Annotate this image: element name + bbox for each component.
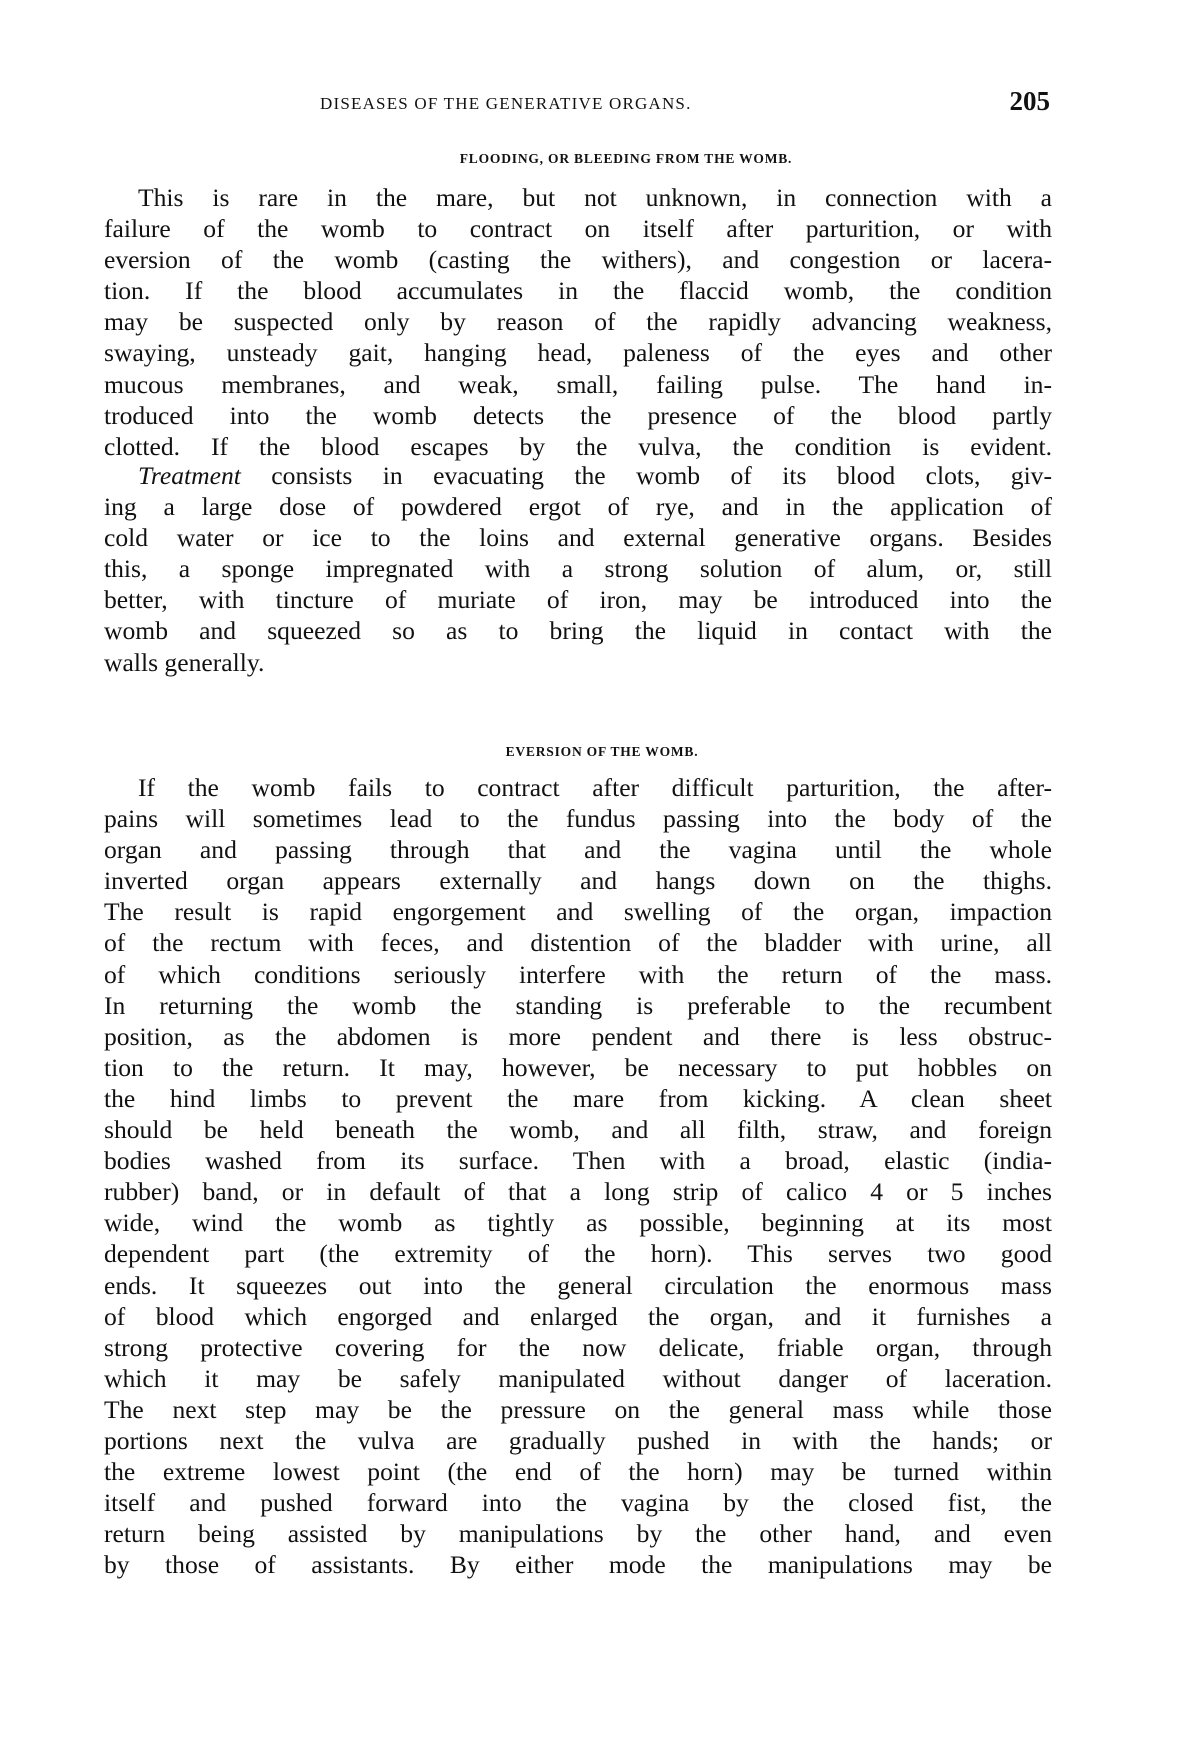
text-line: womb and squeezed so as to bring the liq… — [104, 615, 1052, 646]
text-line: should be held beneath the womb, and all… — [104, 1114, 1052, 1145]
text-line: In returning the womb the standing is pr… — [104, 990, 1052, 1021]
text-line: of which conditions seriously interfere … — [104, 959, 1052, 990]
text-line-rest: consists in evacuating the womb of its b… — [241, 461, 1052, 490]
text-line: of blood which engorged and enlarged the… — [104, 1301, 1052, 1332]
text-line: inverted organ appears externally and ha… — [104, 865, 1052, 896]
text-line: eversion of the womb (casting the wither… — [104, 244, 1052, 275]
text-line: rubber) band, or in default of that a lo… — [104, 1176, 1052, 1207]
text-line: If the womb fails to contract after diff… — [104, 772, 1052, 803]
running-title: DISEASES OF THE GENERATIVE ORGANS. — [320, 94, 692, 114]
text-line: walls generally. — [104, 647, 1052, 678]
page-number: 205 — [1010, 86, 1051, 117]
text-line: wide, wind the womb as tightly as possib… — [104, 1207, 1052, 1238]
text-line: The result is rapid engorgement and swel… — [104, 896, 1052, 927]
text-line: pains will sometimes lead to the fundus … — [104, 803, 1052, 834]
paragraph-flooding-description: This is rare in the mare, but not unknow… — [104, 182, 1052, 462]
text-line: troduced into the womb detects the prese… — [104, 400, 1052, 431]
text-line: the hind limbs to prevent the mare from … — [104, 1083, 1052, 1114]
text-line-first: Treatment consists in evacuating the wom… — [104, 460, 1052, 491]
text-line: may be suspected only by reason of the r… — [104, 306, 1052, 337]
text-line: ing a large dose of powdered ergot of ry… — [104, 491, 1052, 522]
text-line: better, with tincture of muriate of iron… — [104, 584, 1052, 615]
text-line: by those of assistants. By either mode t… — [104, 1549, 1052, 1580]
text-line: mucous membranes, and weak, small, faili… — [104, 369, 1052, 400]
paragraph-flooding-treatment: Treatment consists in evacuating the wom… — [104, 460, 1052, 678]
paragraph-eversion: If the womb fails to contract after diff… — [104, 772, 1052, 1580]
text-line: swaying, unsteady gait, hanging head, pa… — [104, 337, 1052, 368]
section-heading-eversion: EVERSION OF THE WOMB. — [0, 744, 1200, 760]
text-line: return being assisted by manipulations b… — [104, 1518, 1052, 1549]
text-line: dependent part (the extremity of the hor… — [104, 1238, 1052, 1269]
text-line: itself and pushed forward into the vagin… — [104, 1487, 1052, 1518]
italic-lead-treatment: Treatment — [138, 461, 241, 490]
text-line: portions next the vulva are gradually pu… — [104, 1425, 1052, 1456]
text-line: cold water or ice to the loins and exter… — [104, 522, 1052, 553]
text-line: tion to the return. It may, however, be … — [104, 1052, 1052, 1083]
text-line: The next step may be the pressure on the… — [104, 1394, 1052, 1425]
text-line: This is rare in the mare, but not unknow… — [104, 182, 1052, 213]
book-page: DISEASES OF THE GENERATIVE ORGANS. 205 F… — [0, 0, 1200, 1762]
text-line: failure of the womb to contract on itsel… — [104, 213, 1052, 244]
text-line: strong protective covering for the now d… — [104, 1332, 1052, 1363]
text-line: this, a sponge impregnated with a strong… — [104, 553, 1052, 584]
section-heading-flooding: FLOODING, OR BLEEDING FROM THE WOMB. — [0, 151, 1200, 167]
text-line: organ and passing through that and the v… — [104, 834, 1052, 865]
text-line: ends. It squeezes out into the general c… — [104, 1270, 1052, 1301]
text-line: position, as the abdomen is more pendent… — [104, 1021, 1052, 1052]
text-line: clotted. If the blood escapes by the vul… — [104, 431, 1052, 462]
text-line: tion. If the blood accumulates in the fl… — [104, 275, 1052, 306]
text-line: the extreme lowest point (the end of the… — [104, 1456, 1052, 1487]
text-line: which it may be safely manipulated witho… — [104, 1363, 1052, 1394]
running-head: DISEASES OF THE GENERATIVE ORGANS. 205 — [74, 88, 1060, 128]
text-line: bodies washed from its surface. Then wit… — [104, 1145, 1052, 1176]
text-line: of the rectum with feces, and distention… — [104, 927, 1052, 958]
